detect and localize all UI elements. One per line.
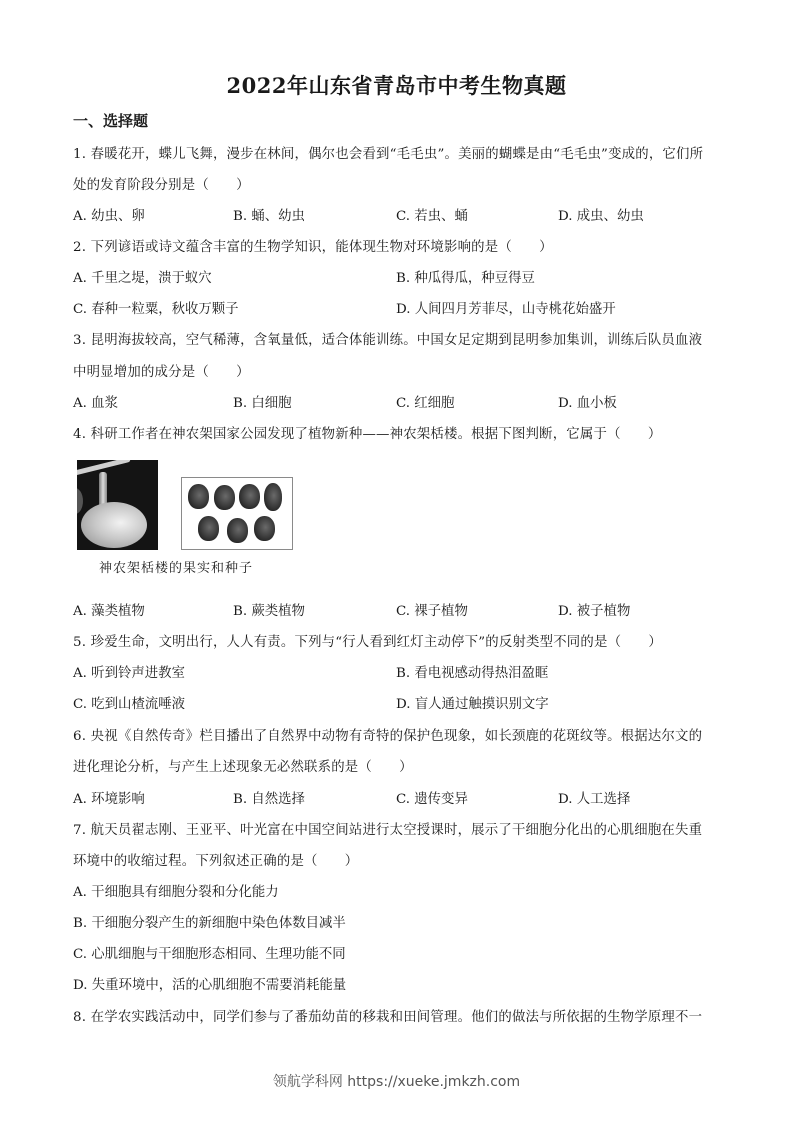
question-4-option-d: D. 被子植物 (558, 600, 630, 619)
question-1-line-2: 处的发育阶段分别是（ ） (73, 174, 250, 193)
question-6-option-c: C. 遗传变异 (396, 788, 468, 807)
question-3-option-c: C. 红细胞 (396, 392, 454, 411)
question-7-option-b: B. 干细胞分裂产生的新细胞中染色体数目减半 (73, 912, 346, 931)
seed-photo (181, 477, 293, 550)
question-7-option-a: A. 干细胞具有细胞分裂和分化能力 (73, 881, 279, 900)
question-7-option-d: D. 失重环境中，活的心肌细胞不需要消耗能量 (73, 974, 346, 993)
question-1-option-c: C. 若虫、蛹 (396, 205, 468, 224)
question-4-option-a: A. 藻类植物 (73, 600, 145, 619)
seed (239, 484, 260, 509)
question-7-line-1: 7. 航天员翟志刚、王亚平、叶光富在中国空间站进行太空授课时，展示了干细胞分化出… (73, 819, 702, 838)
question-6-option-b: B. 自然选择 (233, 788, 305, 807)
question-3-option-b: B. 白细胞 (233, 392, 292, 411)
figure-caption: 神农架栝楼的果实和种子 (99, 557, 253, 576)
question-3-option-d: D. 血小板 (558, 392, 617, 411)
section-heading: 一、选择题 (73, 110, 148, 131)
question-5-line-1: 5. 珍爱生命，文明出行，人人有责。下列与“行人看到红灯主动停下”的反射类型不同… (73, 631, 662, 650)
fruit-photo (77, 460, 158, 550)
fruit-shadow (77, 488, 83, 514)
question-2-option-b: B. 种瓜得瓜，种豆得豆 (396, 267, 535, 286)
question-5-option-d: D. 盲人通过触摸识别文字 (396, 693, 549, 712)
footer-watermark: 领航学科网 https://xueke.jmkzh.com (0, 1071, 793, 1091)
question-1-option-d: D. 成虫、幼虫 (558, 205, 644, 224)
question-4-option-b: B. 蕨类植物 (233, 600, 305, 619)
question-8-line-1: 8. 在学农实践活动中，同学们参与了番茄幼苗的移栽和田间管理。他们的做法与所依据… (73, 1006, 702, 1025)
question-4-line-1: 4. 科研工作者在神农架国家公园发现了植物新种——神农架栝楼。根据下图判断，它属… (73, 423, 661, 442)
question-6-line-1: 6. 央视《自然传奇》栏目播出了自然界中动物有奇特的保护色现象，如长颈鹿的花斑纹… (73, 725, 702, 744)
seed (264, 483, 282, 511)
question-1-option-b: B. 蛹、幼虫 (233, 205, 305, 224)
question-5-option-b: B. 看电视感动得热泪盈眶 (396, 662, 548, 681)
question-6-option-a: A. 环境影响 (73, 788, 145, 807)
page-title: 2022年山东省青岛市中考生物真题 (0, 70, 793, 100)
seed (254, 516, 275, 541)
seed (188, 484, 209, 509)
question-2-line-1: 2. 下列谚语或诗文蕴含丰富的生物学知识，能体现生物对环境影响的是（ ） (73, 236, 553, 255)
question-5-option-c: C. 吃到山楂流唾液 (73, 693, 185, 712)
question-2-option-d: D. 人间四月芳菲尽，山寺桃花始盛开 (396, 298, 616, 317)
question-4-figure: 神农架栝楼的果实和种子 (77, 460, 297, 580)
fruit-body (81, 502, 147, 548)
question-7-line-2: 环境中的收缩过程。下列叙述正确的是（ ） (73, 850, 358, 869)
question-3-option-a: A. 血浆 (73, 392, 118, 411)
question-6-line-2: 进化理论分析，与产生上述现象无必然联系的是（ ） (73, 756, 413, 775)
question-3-line-1: 3. 昆明海拔较高，空气稀薄，含氧量低，适合体能训练。中国女足定期到昆明参加集训… (73, 329, 702, 348)
question-1-option-a: A. 幼虫、卵 (73, 205, 145, 224)
seed (227, 518, 248, 543)
question-5-option-a: A. 听到铃声进教室 (73, 662, 185, 681)
question-1-line-1: 1. 春暖花开，蝶儿飞舞，漫步在林间，偶尔也会看到“毛毛虫”。美丽的蝴蝶是由“毛… (73, 143, 703, 162)
seed (214, 485, 235, 510)
question-4-option-c: C. 裸子植物 (396, 600, 468, 619)
question-6-option-d: D. 人工选择 (558, 788, 630, 807)
seed (198, 516, 219, 541)
question-7-option-c: C. 心肌细胞与干细胞形态相同、生理功能不同 (73, 943, 346, 962)
question-3-line-2: 中明显增加的成分是（ ） (73, 361, 250, 380)
question-2-option-c: C. 春种一粒粟，秋收万颗子 (73, 298, 239, 317)
question-2-option-a: A. 千里之堤，溃于蚁穴 (73, 267, 212, 286)
